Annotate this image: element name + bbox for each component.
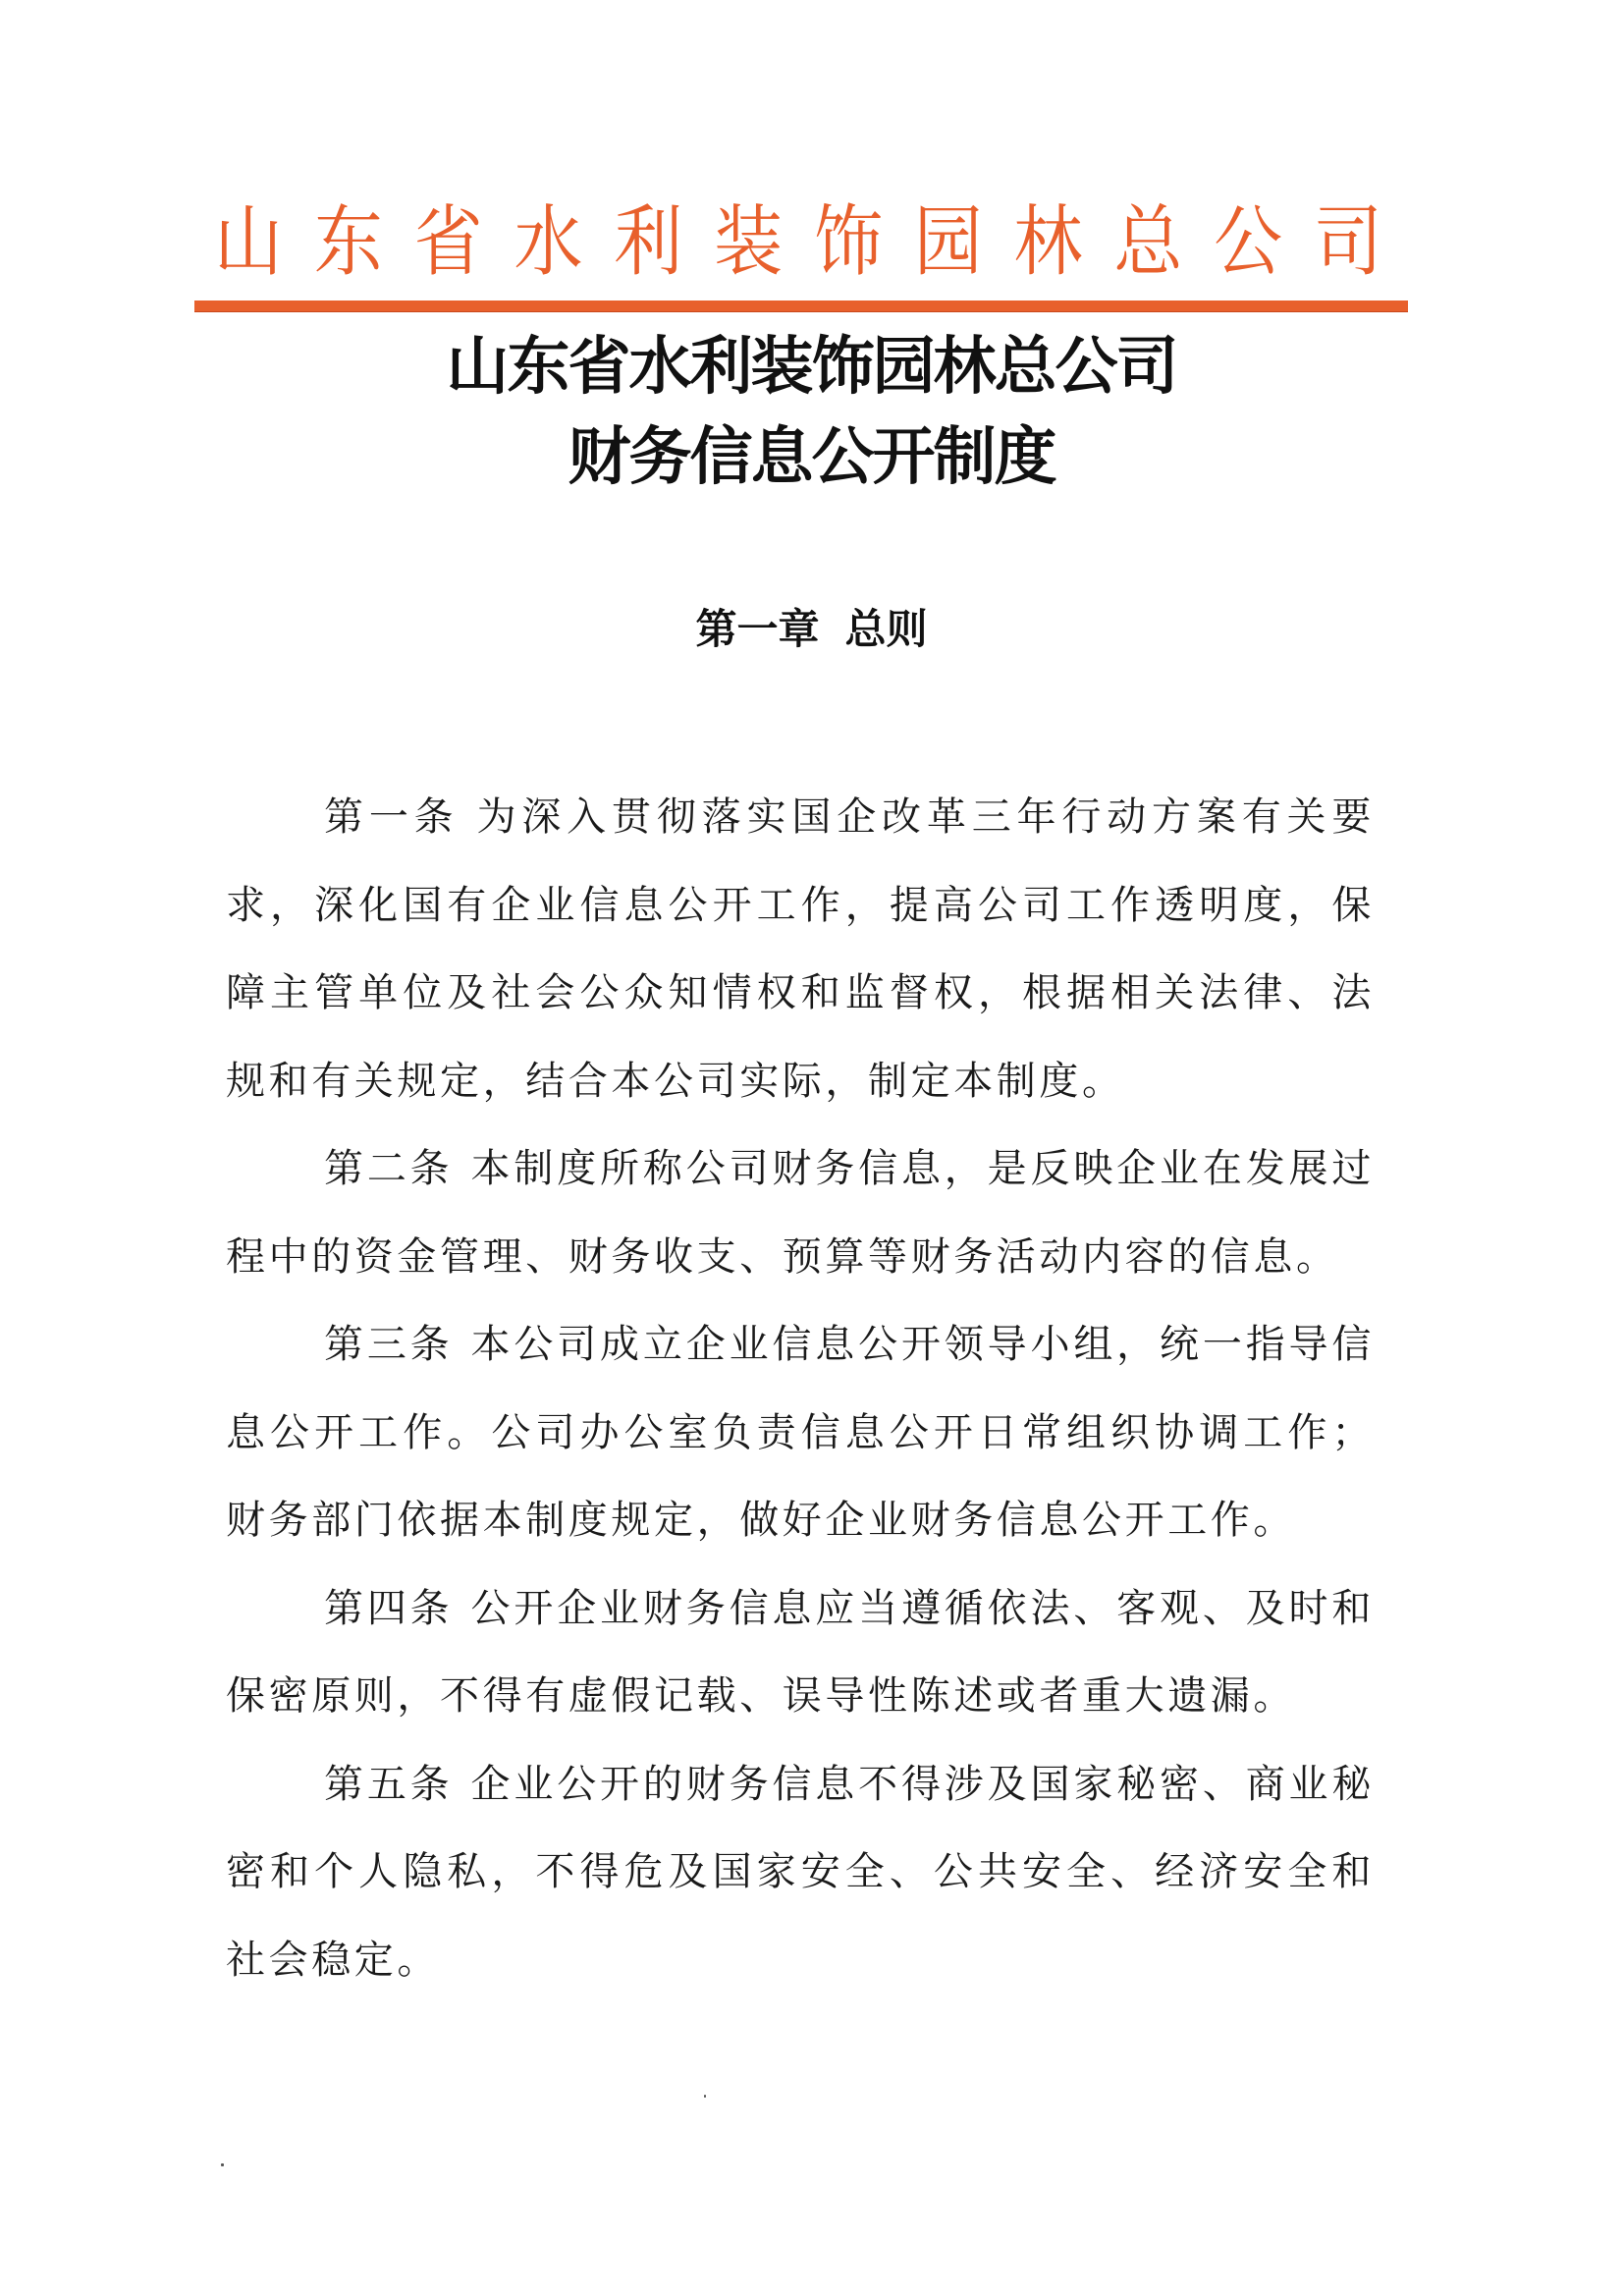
article-3: 第三条本公司成立企业信息公开领导小组，统一指导信息公开工作。公司办公室负责信息公… bbox=[226, 1301, 1375, 1565]
document-body: 第一条为深入贯彻落实国企改革三年行动方案有关要求，深化国有企业信息公开工作，提高… bbox=[226, 774, 1375, 2004]
document-title-line2: 财务信息公开制度 bbox=[0, 407, 1623, 497]
letterhead-char: 装 bbox=[714, 187, 783, 297]
article-number: 第五条 bbox=[324, 1762, 454, 1807]
letterhead-char: 司 bbox=[1314, 187, 1382, 297]
letterhead-char: 公 bbox=[1214, 187, 1282, 297]
scan-speck bbox=[704, 2095, 706, 2098]
scan-speck bbox=[221, 2163, 224, 2166]
letterhead-company-name: 山 东 省 水 利 装 饰 园 林 总 公 司 bbox=[214, 192, 1382, 291]
document-title-line1: 山东省水利装饰园林总公司 bbox=[0, 316, 1623, 407]
letterhead-char: 水 bbox=[514, 187, 582, 297]
chapter-name: 总则 bbox=[845, 605, 928, 653]
article-number: 第一条 bbox=[324, 794, 460, 840]
letterhead-char: 饰 bbox=[814, 187, 883, 297]
letterhead-char: 总 bbox=[1113, 187, 1182, 297]
article-number: 第四条 bbox=[324, 1586, 454, 1631]
article-2: 第二条本制度所称公司财务信息，是反映企业在发展过程中的资金管理、财务收支、预算等… bbox=[226, 1125, 1375, 1301]
chapter-number: 第一章 bbox=[695, 605, 819, 653]
article-text: 为深入贯彻落实国企改革三年行动方案有关要求，深化国有企业信息公开工作，提高公司工… bbox=[226, 794, 1375, 1104]
article-number: 第二条 bbox=[324, 1146, 454, 1191]
letterhead-char: 利 bbox=[614, 187, 682, 297]
letterhead-divider bbox=[194, 301, 1408, 312]
letterhead-char: 山 bbox=[214, 187, 283, 297]
article-number: 第三条 bbox=[324, 1322, 454, 1367]
letterhead-char: 东 bbox=[314, 187, 383, 297]
article-1: 第一条为深入贯彻落实国企改革三年行动方案有关要求，深化国有企业信息公开工作，提高… bbox=[226, 774, 1375, 1125]
letterhead-char: 林 bbox=[1014, 187, 1083, 297]
letterhead-char: 省 bbox=[414, 187, 483, 297]
article-4: 第四条公开企业财务信息应当遵循依法、客观、及时和保密原则，不得有虚假记载、误导性… bbox=[226, 1565, 1375, 1741]
letterhead-char: 园 bbox=[914, 187, 983, 297]
article-5: 第五条企业公开的财务信息不得涉及国家秘密、商业秘密和个人隐私，不得危及国家安全、… bbox=[226, 1741, 1375, 2005]
chapter-heading: 第一章总则 bbox=[0, 597, 1623, 656]
